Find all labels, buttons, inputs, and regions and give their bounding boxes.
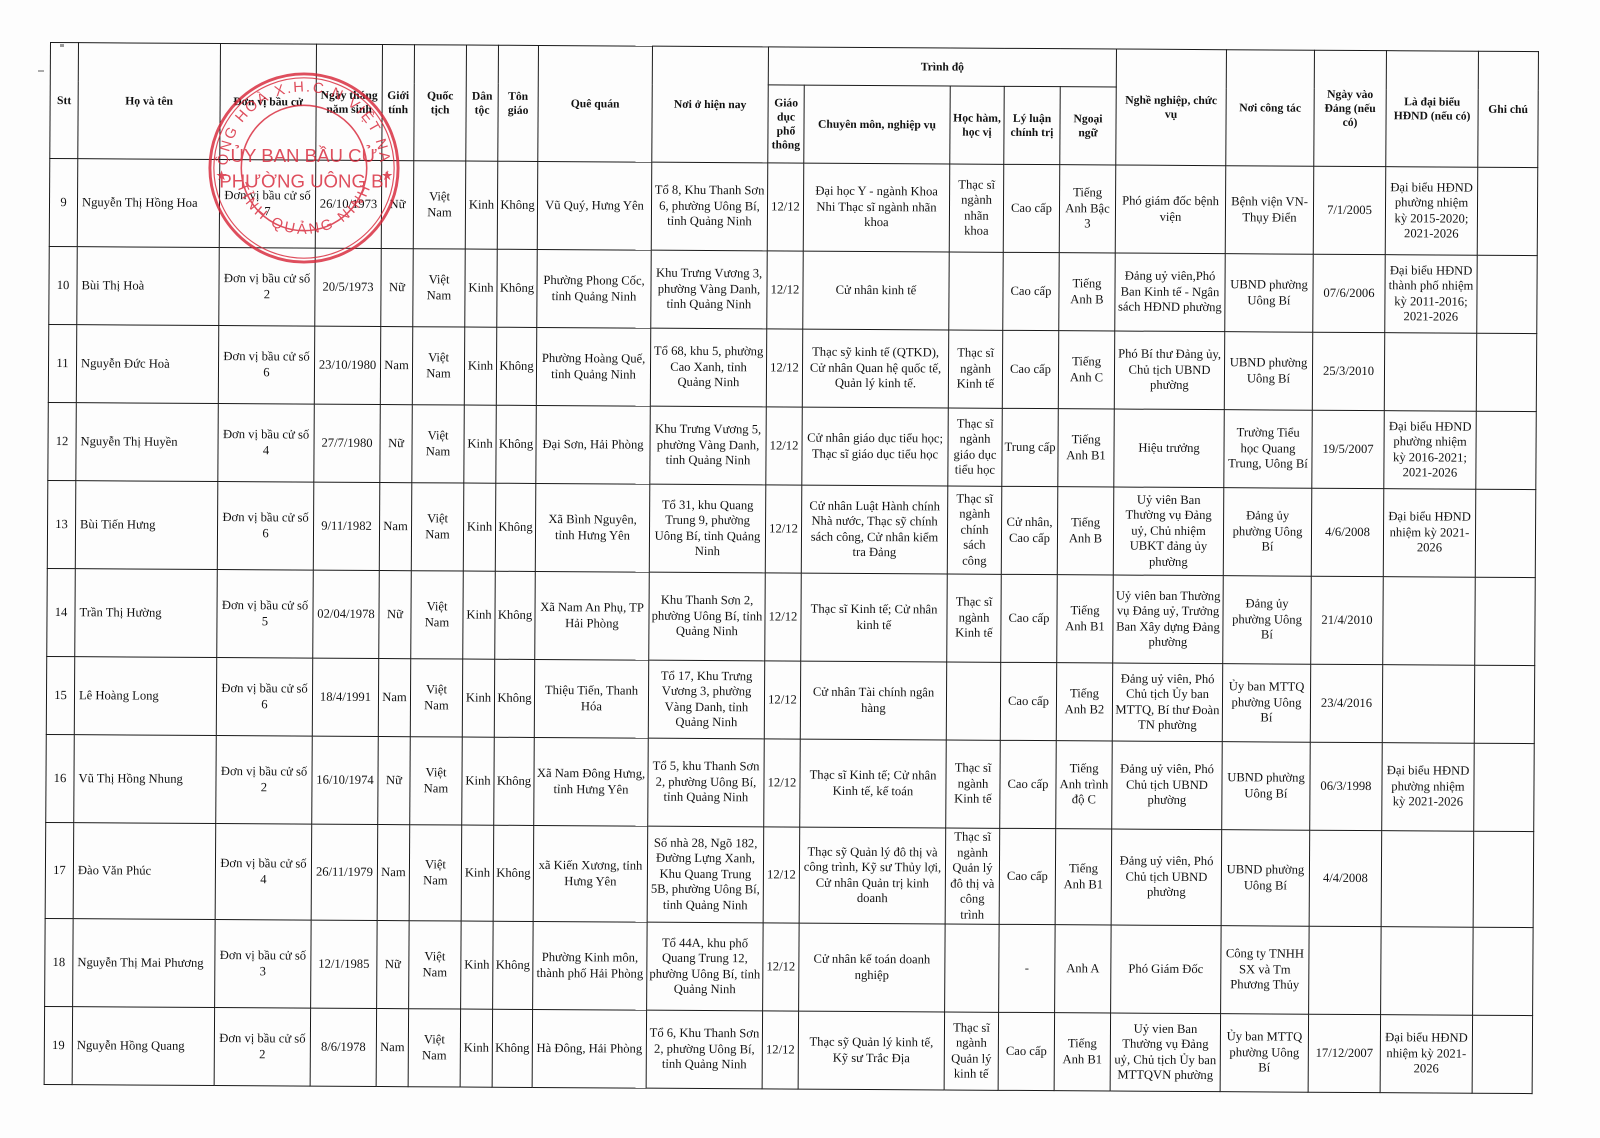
cell-nationality: Việt Nam xyxy=(413,161,466,249)
cell-unit: Đơn vị bầu cử số 6 xyxy=(217,482,314,571)
header-degree: Học hàm, học vị xyxy=(950,86,1004,164)
cell-name: Nguyễn Thị Hồng Hoa xyxy=(77,159,220,248)
cell-hometown: Hà Đông, Hải Phòng xyxy=(532,1009,646,1088)
cell-party-date: 4/4/2008 xyxy=(1309,830,1382,926)
cell-degree xyxy=(949,252,1003,330)
cell-dob: 18/4/1991 xyxy=(312,658,378,736)
cell-stt: 19 xyxy=(44,1006,72,1084)
cell-party-date: 21/4/2010 xyxy=(1311,576,1384,664)
header-education-group: Trình độ xyxy=(768,47,1116,87)
cell-name: Nguyễn Hồng Quang xyxy=(72,1007,214,1086)
cell-degree xyxy=(945,924,1000,1012)
header-delegate: Là đại biểu HĐND (nếu có) xyxy=(1386,51,1479,168)
cell-general-edu: 12/12 xyxy=(764,739,801,827)
cell-political: Cao cấp xyxy=(1003,164,1060,252)
cell-political: - xyxy=(999,924,1056,1012)
cell-political: Cao cấp xyxy=(1000,662,1056,740)
cell-stt: 16 xyxy=(46,734,75,822)
cell-party-date: 25/3/2010 xyxy=(1312,332,1384,410)
cell-religion: Không xyxy=(497,161,538,249)
cell-residence: Tổ 6, Khu Thanh Sơn 2, phường Uông Bí, t… xyxy=(646,1010,762,1089)
cell-degree: Thạc sĩ ngành Quản lý đô thị và công trì… xyxy=(945,828,1000,924)
cell-religion: Không xyxy=(494,737,535,825)
cell-hometown: Xã Nam Đông Hưng, tỉnh Hưng Yên xyxy=(534,737,649,826)
cell-gender: Nữ xyxy=(379,571,412,659)
cell-delegate xyxy=(1384,333,1476,412)
cell-language: Tiếng Anh trình độ C xyxy=(1056,741,1113,829)
scanned-page: Stt Họ và tên Đơn vị bầu cử Ngày tháng n… xyxy=(0,0,1600,1138)
cell-dob: 8/6/1978 xyxy=(310,1008,376,1086)
cell-language: Tiếng Anh B xyxy=(1059,253,1115,331)
cell-hometown: Vũ Quý, Hưng Yên xyxy=(537,161,652,250)
cell-general-edu: 12/12 xyxy=(764,661,800,739)
cell-residence: Tổ 31, khu Quang Trung 9, phường Uông Bí… xyxy=(649,484,766,573)
cell-stt: 11 xyxy=(48,324,76,402)
cell-language: Tiếng Anh B xyxy=(1057,487,1114,575)
cell-degree: Thạc sĩ ngành nhãn khoa xyxy=(949,164,1004,252)
cell-general-edu: 12/12 xyxy=(767,163,804,251)
cell-dob: 27/7/1980 xyxy=(314,404,380,482)
cell-unit: Đơn vị bầu cử số 5 xyxy=(217,570,314,659)
cell-specialty: Thạc sỹ kinh tế (QTKD), Cử nhân Quan hệ … xyxy=(802,329,948,408)
cell-residence: Tổ 68, khu 5, phường Cao Xanh, tỉnh Quản… xyxy=(650,328,766,407)
cell-gender: Nam xyxy=(380,327,412,405)
cell-political: Cao cấp xyxy=(998,1012,1054,1090)
table-body: 9Nguyễn Thị Hồng HoaĐơn vị bầu cử số 726… xyxy=(44,159,1538,1094)
cell-gender: Nam xyxy=(376,1009,408,1087)
cell-specialty: Thạc sỹ Quản lý đô thị và công trình, Kỹ… xyxy=(799,827,946,924)
cell-residence: Số nhà 28, Ngõ 182, Đường Lựng Xanh, Khu… xyxy=(647,826,764,923)
cell-delegate: Đại biểu HĐND nhiệm kỳ 2021-2026 xyxy=(1380,1015,1472,1094)
cell-stt: 10 xyxy=(49,246,77,324)
cell-note xyxy=(1473,831,1534,927)
header-stt: Stt xyxy=(50,43,79,159)
cell-language: Tiếng Anh B2 xyxy=(1056,663,1112,741)
cell-unit: Đơn vị bầu cử số 2 xyxy=(214,1008,310,1087)
cell-name: Nguyễn Thị Huyền xyxy=(76,403,218,482)
cell-occupation: Uỷ viên Ban Thường vụ Đảng uỷ, Chủ nhiệm… xyxy=(1113,487,1224,576)
cell-political: Cao cấp xyxy=(999,828,1056,924)
cell-gender: Nữ xyxy=(381,249,413,327)
cell-ethnicity: Kinh xyxy=(464,327,496,405)
cell-ethnicity: Kinh xyxy=(463,571,496,659)
cell-workplace: Công ty TNHH SX và Tm Phương Thủy xyxy=(1221,926,1310,1015)
cell-name: Vũ Thị Hồng Nhung xyxy=(74,735,217,824)
cell-general-edu: 12/12 xyxy=(766,407,802,485)
cell-degree: Thạc sĩ ngành chính sách công xyxy=(947,486,1002,574)
cell-occupation: Uỷ viên ban Thường vụ Đảng uỷ, Trưởng Ba… xyxy=(1113,575,1224,664)
header-language: Ngoại ngữ xyxy=(1060,87,1116,165)
cell-nationality: Việt Nam xyxy=(409,825,462,921)
cell-name: Đào Văn Phúc xyxy=(73,823,216,920)
scan-mark xyxy=(38,70,44,72)
cell-occupation: Đảng uỷ viên,Phó Ban Kinh tế - Ngân sách… xyxy=(1115,253,1225,332)
cell-delegate: Đại biểu HĐND phường nhiệm kỳ 2021-2026 xyxy=(1382,743,1475,832)
cell-workplace: Ủy ban MTTQ phường Uông Bí xyxy=(1222,664,1310,743)
cell-hometown: Phường Phong Cốc, tỉnh Quảng Ninh xyxy=(537,249,651,328)
cell-delegate xyxy=(1383,577,1476,666)
cell-stt: 17 xyxy=(45,822,74,918)
cell-workplace: Ủy ban MTTQ phường Uông Bí xyxy=(1220,1014,1308,1093)
cell-unit: Đơn vị bầu cử số 2 xyxy=(216,736,313,825)
table-row: 9Nguyễn Thị Hồng HoaĐơn vị bầu cử số 726… xyxy=(49,159,1538,256)
cell-ethnicity: Kinh xyxy=(465,249,497,327)
cell-unit: Đơn vị bầu cử số 7 xyxy=(219,160,316,249)
cell-workplace: Trường Tiểu học Quang Trung, Uông Bí xyxy=(1224,410,1312,489)
cell-party-date: 17/12/2007 xyxy=(1308,1014,1380,1092)
cell-occupation: Phó Giám Đốc xyxy=(1111,925,1222,1014)
cell-dob: 12/1/1985 xyxy=(311,920,378,1008)
cell-residence: Tổ 5, khu Thanh Sơn 2, phường Uông Bí, t… xyxy=(648,738,765,827)
cell-general-edu: 12/12 xyxy=(766,329,802,407)
cell-general-edu: 12/12 xyxy=(762,1011,798,1089)
cell-general-edu: 12/12 xyxy=(763,923,800,1011)
cell-residence: Khu Thanh Sơn 2, phường Uông Bí, tỉnh Qu… xyxy=(649,572,766,661)
cell-ethnicity: Kinh xyxy=(463,483,496,571)
cell-occupation: Phó giám đốc bệnh viện xyxy=(1115,165,1226,254)
cell-party-date: 19/5/2007 xyxy=(1312,410,1384,488)
cell-gender: Nam xyxy=(378,659,410,737)
cell-occupation: Uỷ vien Ban Thường vụ Đảng uỷ, Chủ tịch … xyxy=(1110,1013,1220,1092)
cell-hometown: Xã Bình Nguyên, tỉnh Hưng Yên xyxy=(535,483,650,572)
cell-delegate xyxy=(1381,831,1474,928)
cell-stt: 13 xyxy=(47,480,76,568)
cell-stt: 12 xyxy=(48,402,76,480)
cell-hometown: Thiệu Tiến, Thanh Hóa xyxy=(534,659,648,738)
cell-gender: Nữ xyxy=(377,921,410,1009)
cell-dob: 20/5/1973 xyxy=(315,248,381,326)
cell-political: Cao cấp xyxy=(1000,740,1057,828)
header-nationality: Quốc tịch xyxy=(414,45,467,161)
cell-delegate: Đại biểu HĐND phường nhiệm kỳ 2015-2020;… xyxy=(1385,167,1478,256)
cell-religion: Không xyxy=(493,921,534,1009)
table-row: 15Lê Hoàng LongĐơn vị bầu cử số 618/4/19… xyxy=(46,656,1534,743)
cell-note xyxy=(1472,1015,1532,1093)
header-note: Ghi chú xyxy=(1478,51,1539,167)
cell-party-date: 4/6/2008 xyxy=(1311,488,1384,576)
cell-unit: Đơn vị bầu cử số 3 xyxy=(215,920,312,1009)
table-row: 10Bùi Thị HoàĐơn vị bầu cử số 220/5/1973… xyxy=(49,246,1537,333)
cell-general-edu: 12/12 xyxy=(765,573,802,661)
cell-note xyxy=(1474,743,1535,831)
cell-nationality: Việt Nam xyxy=(411,483,464,571)
cell-delegate xyxy=(1382,665,1474,744)
table-row: 17Đào Văn PhúcĐơn vị bầu cử số 426/11/19… xyxy=(45,822,1534,927)
cell-workplace: UBND phường Uông Bí xyxy=(1224,332,1312,411)
cell-dob: 9/11/1982 xyxy=(313,482,380,570)
cell-residence: Tổ 44A, khu phố Quang Trung 12, phường U… xyxy=(647,922,764,1011)
cell-religion: Không xyxy=(496,327,536,405)
cell-language: Tiếng Anh C xyxy=(1058,331,1114,409)
cell-note xyxy=(1475,489,1536,577)
cell-name: Nguyễn Đức Hoà xyxy=(76,325,218,404)
cell-degree: Thạc sĩ ngành giáo dục tiểu học xyxy=(948,408,1002,486)
cell-specialty: Cử nhân kinh tế xyxy=(803,251,949,330)
cell-party-date: 7/1/2005 xyxy=(1313,166,1386,254)
cell-dob: 26/11/1979 xyxy=(311,824,378,920)
cell-gender: Nữ xyxy=(378,737,411,825)
cell-general-edu: 12/12 xyxy=(767,251,803,329)
header-dob: Ngày tháng năm sinh xyxy=(316,44,383,160)
cell-religion: Không xyxy=(493,825,534,921)
header-gender: Giới tính xyxy=(382,45,415,161)
cell-note xyxy=(1475,577,1536,665)
cell-dob: 16/10/1974 xyxy=(312,736,379,824)
cell-specialty: Thạc sĩ Kinh tế; Cử nhân kinh tế xyxy=(801,573,948,662)
cell-language: Tiếng Anh B1 xyxy=(1054,1013,1110,1091)
cell-workplace: Đảng ủy phường Uông Bí xyxy=(1223,488,1312,577)
cell-nationality: Việt Nam xyxy=(412,405,464,483)
cell-hometown: Phường Hoàng Quế, tỉnh Quảng Ninh xyxy=(536,327,650,406)
cell-workplace: UBND phường Uông Bí xyxy=(1225,254,1313,333)
cell-residence: Tổ 8, Khu Thanh Sơn 6, phường Uông Bí, t… xyxy=(651,162,768,251)
header-political: Lý luận chính trị xyxy=(1004,86,1060,164)
cell-nationality: Việt Nam xyxy=(411,571,464,659)
cell-workplace: Đảng ủy phường Uông Bí xyxy=(1223,576,1312,665)
cell-ethnicity: Kinh xyxy=(464,405,496,483)
header-party-date: Ngày vào Đảng (nếu có) xyxy=(1314,50,1387,166)
cell-party-date: 23/4/2016 xyxy=(1310,664,1382,742)
cell-dob: 02/04/1978 xyxy=(313,570,380,658)
cell-nationality: Việt Nam xyxy=(412,327,464,405)
header-specialty: Chuyên môn, nghiệp vụ xyxy=(804,85,950,164)
cell-unit: Đơn vị bầu cử số 2 xyxy=(219,248,315,327)
cell-party-date: 07/6/2006 xyxy=(1313,254,1385,332)
cell-stt: 14 xyxy=(47,568,76,656)
cell-degree xyxy=(946,662,1000,740)
cell-gender: Nam xyxy=(379,483,412,571)
cell-political: Trung cấp xyxy=(1002,408,1058,486)
cell-hometown: xã Kiến Xương, tỉnh Hưng Yên xyxy=(533,825,648,922)
cell-unit: Đơn vị bầu cử số 4 xyxy=(215,824,312,921)
cell-general-edu: 12/12 xyxy=(763,827,800,923)
table-row: 16Vũ Thị Hồng NhungĐơn vị bầu cử số 216/… xyxy=(46,734,1535,831)
cell-degree: Thạc sĩ ngành Kinh tế xyxy=(947,574,1002,662)
cell-ethnicity: Kinh xyxy=(460,1009,492,1087)
cell-language: Tiếng Anh B1 xyxy=(1057,575,1114,663)
cell-language: Tiếng Anh B1 xyxy=(1055,829,1112,925)
cell-stt: 18 xyxy=(45,918,74,1006)
cell-nationality: Việt Nam xyxy=(410,659,462,737)
cell-hometown: Đại Sơn, Hải Phòng xyxy=(536,405,650,484)
cell-ethnicity: Kinh xyxy=(462,659,494,737)
cell-ethnicity: Kinh xyxy=(461,825,494,921)
cell-degree: Thạc sĩ ngành Quản lý kinh tế xyxy=(944,1012,998,1090)
cell-occupation: Đảng uỷ viên, Phó Chủ tịch UBND phường xyxy=(1111,829,1222,926)
cell-residence: Tổ 17, Khu Trưng Vương 3, phường Vàng Da… xyxy=(648,660,764,739)
cell-political: Cao cấp xyxy=(1002,330,1058,408)
cell-stt: 15 xyxy=(46,656,74,734)
cell-dob: 26/10/1973 xyxy=(315,160,382,248)
header-unit: Đơn vị bầu cử xyxy=(220,44,317,161)
cell-religion: Không xyxy=(497,249,537,327)
cell-note xyxy=(1477,167,1538,255)
header-religion: Tôn giáo xyxy=(498,45,539,161)
cell-gender: Nữ xyxy=(380,405,412,483)
cell-occupation: Đảng uỷ viên, Phó Chủ tịch Ủy ban MTTQ, … xyxy=(1112,663,1222,742)
cell-note xyxy=(1476,333,1536,411)
cell-language: Tiếng Anh Bậc 3 xyxy=(1059,165,1116,253)
header-occupation: Nghề nghiệp, chức vụ xyxy=(1116,49,1227,166)
cell-occupation: Đảng uỷ viên, Phó Chủ tịch UBND phường xyxy=(1112,741,1223,830)
cell-political: Cao cấp xyxy=(1003,252,1059,330)
cell-hometown: Xã Nam An Phụ, TP Hải Phòng xyxy=(535,571,650,660)
cell-delegate xyxy=(1381,927,1474,1016)
cell-religion: Không xyxy=(495,571,536,659)
cell-delegate: Đại biểu HĐND nhiệm kỳ 2021-2026 xyxy=(1383,489,1476,578)
cell-dob: 23/10/1980 xyxy=(314,326,380,404)
cell-name: Trần Thị Hường xyxy=(75,569,218,658)
cell-delegate: Đại biểu HĐND thành phố nhiệm kỳ 2011-20… xyxy=(1385,255,1477,334)
cell-specialty: Thạc sĩ Kinh tế; Cử nhân Kinh tế, kế toá… xyxy=(800,739,947,828)
table-row: 12Nguyễn Thị HuyềnĐơn vị bầu cử số 427/7… xyxy=(48,402,1536,489)
cell-residence: Khu Trưng Vương 3, phường Vàng Danh, tỉn… xyxy=(651,250,767,329)
cell-specialty: Cử nhân Luật Hành chính Nhà nước, Thạc s… xyxy=(801,485,948,574)
cell-language: Tiếng Anh B1 xyxy=(1058,409,1114,487)
cell-workplace: UBND phường Uông Bí xyxy=(1221,830,1310,927)
header-workplace: Nơi công tác xyxy=(1226,50,1315,167)
cell-general-edu: 12/12 xyxy=(765,485,802,573)
cell-nationality: Việt Nam xyxy=(413,249,465,327)
cell-specialty: Cử nhân giáo dục tiểu học; Thạc sĩ giáo … xyxy=(802,407,948,486)
cell-gender: Nữ xyxy=(381,161,414,249)
cell-note xyxy=(1477,255,1537,333)
cell-political: Cử nhân, Cao cấp xyxy=(1001,486,1058,574)
cell-unit: Đơn vị bầu cử số 6 xyxy=(216,658,312,737)
cell-unit: Đơn vị bầu cử số 6 xyxy=(218,326,314,405)
cell-workplace: UBND phường Uông Bí xyxy=(1222,742,1311,831)
header-hometown: Quê quán xyxy=(538,45,653,162)
cell-name: Nguyễn Thị Mai Phương xyxy=(73,919,216,1008)
cell-degree: Thạc sĩ ngành Kinh tế xyxy=(946,740,1001,828)
cell-occupation: Phó Bí thư Đảng ủy, Chủ tịch UBND phường xyxy=(1114,331,1224,410)
cell-name: Bùi Tiến Hưng xyxy=(75,481,218,570)
cell-gender: Nam xyxy=(377,825,410,921)
cell-unit: Đơn vị bầu cử số 4 xyxy=(218,404,314,483)
cell-specialty: Thạc sỹ Quản lý kinh tế, Kỹ sư Trắc Địa xyxy=(798,1011,944,1090)
cell-specialty: Đại học Y - ngành Khoa Nhi Thạc sĩ ngành… xyxy=(803,163,950,252)
cell-delegate: Đại biểu HĐND phường nhiệm kỳ 2016-2021;… xyxy=(1384,411,1476,490)
cell-note xyxy=(1476,411,1536,489)
cell-religion: Không xyxy=(496,405,536,483)
cell-party-date xyxy=(1309,926,1382,1014)
cell-ethnicity: Kinh xyxy=(465,161,498,249)
cell-name: Bùi Thị Hoà xyxy=(77,247,219,326)
cell-nationality: Việt Nam xyxy=(409,921,462,1009)
cell-language: Anh A xyxy=(1055,925,1112,1013)
table-row: 19Nguyễn Hồng QuangĐơn vị bầu cử số 28/6… xyxy=(44,1006,1532,1093)
cell-hometown: Phường Kinh môn, thành phố Hải Phòng xyxy=(533,921,648,1010)
cell-religion: Không xyxy=(494,659,534,737)
cell-nationality: Việt Nam xyxy=(408,1009,460,1087)
cell-ethnicity: Kinh xyxy=(462,737,495,825)
cell-ethnicity: Kinh xyxy=(461,921,494,1009)
cell-note xyxy=(1474,665,1534,743)
cell-name: Lê Hoàng Long xyxy=(74,657,216,736)
header-residence: Nơi ở hiện nay xyxy=(652,46,769,163)
cell-occupation: Hiệu trưởng xyxy=(1114,409,1224,488)
table-row: 13Bùi Tiến HưngĐơn vị bầu cử số 69/11/19… xyxy=(47,480,1536,577)
header-ethnicity: Dân tộc xyxy=(466,45,499,161)
candidate-table: Stt Họ và tên Đơn vị bầu cử Ngày tháng n… xyxy=(44,42,1539,1094)
cell-workplace: Bệnh viện VN-Thụy Điển xyxy=(1225,166,1314,255)
cell-specialty: Cử nhân kế toán doanh nghiệp xyxy=(799,923,946,1012)
cell-specialty: Cử nhân Tài chính ngân hàng xyxy=(800,661,946,740)
cell-degree: Thạc sĩ ngành Kinh tế xyxy=(948,330,1002,408)
cell-note xyxy=(1473,927,1534,1015)
header-name: Họ và tên xyxy=(78,43,221,160)
cell-religion: Không xyxy=(495,483,536,571)
cell-religion: Không xyxy=(492,1009,532,1087)
table-row: 11Nguyễn Đức HoàĐơn vị bầu cử số 623/10/… xyxy=(48,324,1536,411)
cell-stt: 9 xyxy=(49,159,78,247)
cell-political: Cao cấp xyxy=(1001,574,1058,662)
cell-residence: Khu Trưng Vương 5, phường Vàng Danh, tỉn… xyxy=(650,406,766,485)
table-row: 14Trần Thị HườngĐơn vị bầu cử số 502/04/… xyxy=(47,568,1536,665)
table-row: 18Nguyễn Thị Mai PhươngĐơn vị bầu cử số … xyxy=(45,918,1534,1015)
cell-nationality: Việt Nam xyxy=(410,737,463,825)
cell-party-date: 06/3/1998 xyxy=(1310,742,1383,830)
header-general-edu: Giáo dục phổ thông xyxy=(768,85,804,163)
